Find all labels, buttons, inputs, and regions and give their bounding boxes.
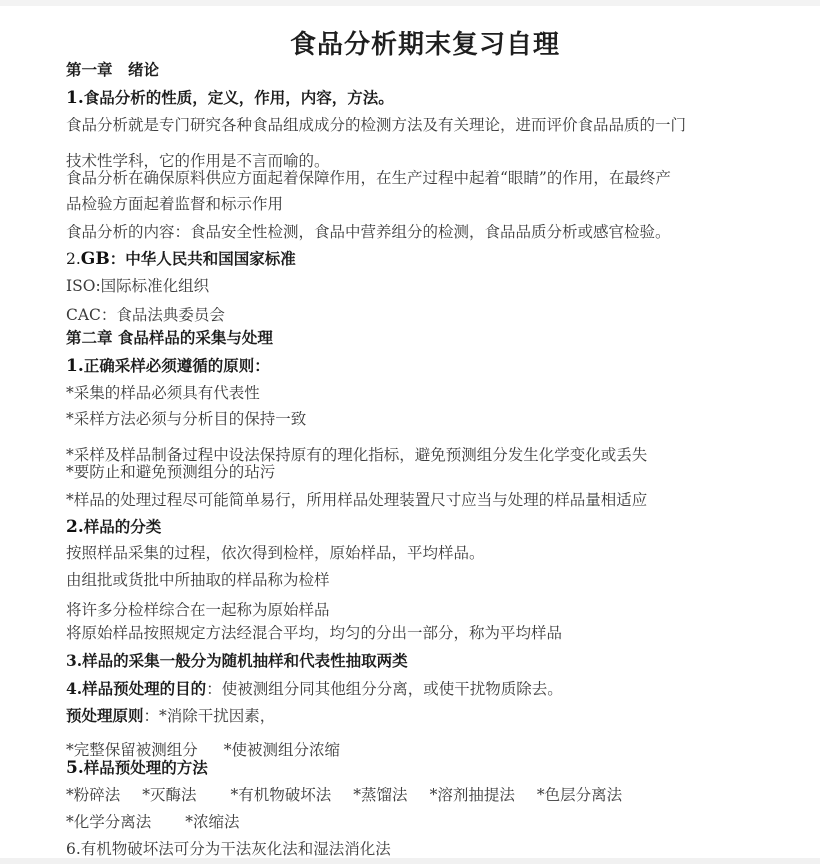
question-text: ：使被测组分同其他组分分离，或使干扰物质除去。 bbox=[206, 680, 563, 698]
classification-line: 将许多分检样综合在一起称为原始样品 bbox=[66, 600, 330, 620]
principle-item: *样品的处理过程尽可能简单易行，所用样品处理装置尺寸应当与处理的样品量相适应 bbox=[66, 490, 647, 510]
method-item: *浓缩法 bbox=[185, 813, 239, 831]
classification-line: 按照样品采集的过程，依次得到检样，原始样品，平均样品。 bbox=[66, 543, 485, 563]
methods-row-2: *化学分离法*浓缩法 bbox=[66, 812, 240, 832]
paragraph-line: 食品分析在确保原料供应方面起着保障作用，在生产过程中起着“眼睛”的作用，在最终产 bbox=[66, 168, 671, 188]
chapter2-heading: 第二章 食品样品的采集与处理 bbox=[66, 328, 273, 348]
ch2-question-3: 3.样品的采集一般分为随机抽样和代表性抽取两类 bbox=[66, 651, 408, 671]
principle-item: *完整保留被测组分 bbox=[66, 741, 198, 759]
question-text: 食品分析的性质，定义，作用，内容，方法。 bbox=[84, 88, 394, 107]
method-item: *溶剂抽提法 bbox=[430, 786, 515, 804]
question-label: 4.样品预处理的目的 bbox=[66, 679, 206, 698]
chapter1-heading: 第一章 绪论 bbox=[66, 60, 159, 80]
ch1-question-2: 2.GB：中华人民共和国国家标准 bbox=[66, 249, 296, 269]
method-item: *化学分离法 bbox=[66, 813, 151, 831]
paragraph-line: 食品分析的内容：食品安全性检测，食品中营养组分的检测，食品品质分析或感官检验。 bbox=[66, 222, 671, 242]
pre-principle-label: 预处理原则 bbox=[66, 706, 144, 725]
question-number: 5. bbox=[66, 758, 84, 778]
method-item: *有机物破坏法 bbox=[231, 786, 332, 804]
gb-abbr: GB bbox=[81, 249, 110, 269]
document-title: 食品分析期末复习自理 bbox=[0, 24, 820, 61]
paragraph-line: 食品分析就是专门研究各种食品组成成分的检测方法及有关理论，进而评价食品品质的一门 bbox=[66, 115, 686, 135]
iso-definition: ISO:国际标准化组织 bbox=[66, 276, 209, 296]
ch2-question-6: 6.有机物破坏法可分为干法灰化法和湿法消化法 bbox=[66, 839, 391, 859]
question-number: 1. bbox=[66, 356, 84, 376]
bottom-edge bbox=[0, 858, 820, 864]
classification-line: 将原始样品按照规定方法经混合平均，均匀的分出一部分，称为平均样品 bbox=[66, 623, 562, 643]
principle-item: *采样方法必须与分析目的保持一致 bbox=[66, 409, 306, 429]
question-text: ：中华人民共和国国家标准 bbox=[110, 249, 296, 268]
question-text: 样品的分类 bbox=[84, 517, 162, 536]
ch2-question-1: 1.正确采样必须遵循的原则： bbox=[66, 356, 270, 376]
ch2-question-2: 2.样品的分类 bbox=[66, 517, 161, 537]
methods-row-1: *粉碎法*灭酶法*有机物破坏法*蒸馏法*溶剂抽提法*色层分离法 bbox=[66, 785, 622, 805]
pre-principle: 预处理原则：*消除干扰因素， bbox=[66, 706, 275, 726]
method-item: *蒸馏法 bbox=[353, 786, 407, 804]
question-text: 正确采样必须遵循的原则： bbox=[84, 356, 270, 375]
ch2-question-4: 4.样品预处理的目的：使被测组分同其他组分分离，或使干扰物质除去。 bbox=[66, 679, 563, 699]
pre-principle-text: ：*消除干扰因素， bbox=[144, 707, 276, 725]
question-number: 2. bbox=[66, 517, 84, 537]
principle-item: *采集的样品必须具有代表性 bbox=[66, 383, 260, 403]
paragraph-line: 品检验方面起着监督和标示作用 bbox=[66, 194, 283, 214]
method-item: *粉碎法 bbox=[66, 786, 120, 804]
classification-line: 由组批或货批中所抽取的样品称为检样 bbox=[66, 570, 330, 590]
question-text: 样品预处理的方法 bbox=[84, 758, 208, 777]
method-item: *色层分离法 bbox=[537, 786, 622, 804]
question-number: 1. bbox=[66, 88, 84, 108]
ch2-question-5: 5.样品预处理的方法 bbox=[66, 758, 208, 778]
pre-principle-more: *完整保留被测组分*使被测组分浓缩 bbox=[66, 740, 340, 760]
method-item: *灭酶法 bbox=[142, 786, 196, 804]
principle-item: *使被测组分浓缩 bbox=[224, 741, 340, 759]
principle-item: *要防止和避免预测组分的玷污 bbox=[66, 462, 275, 482]
cac-definition: CAC：食品法典委员会 bbox=[66, 305, 225, 325]
top-edge bbox=[0, 0, 820, 6]
question-number: 2. bbox=[66, 250, 81, 268]
ch1-question-1: 1.食品分析的性质，定义，作用，内容，方法。 bbox=[66, 88, 394, 108]
